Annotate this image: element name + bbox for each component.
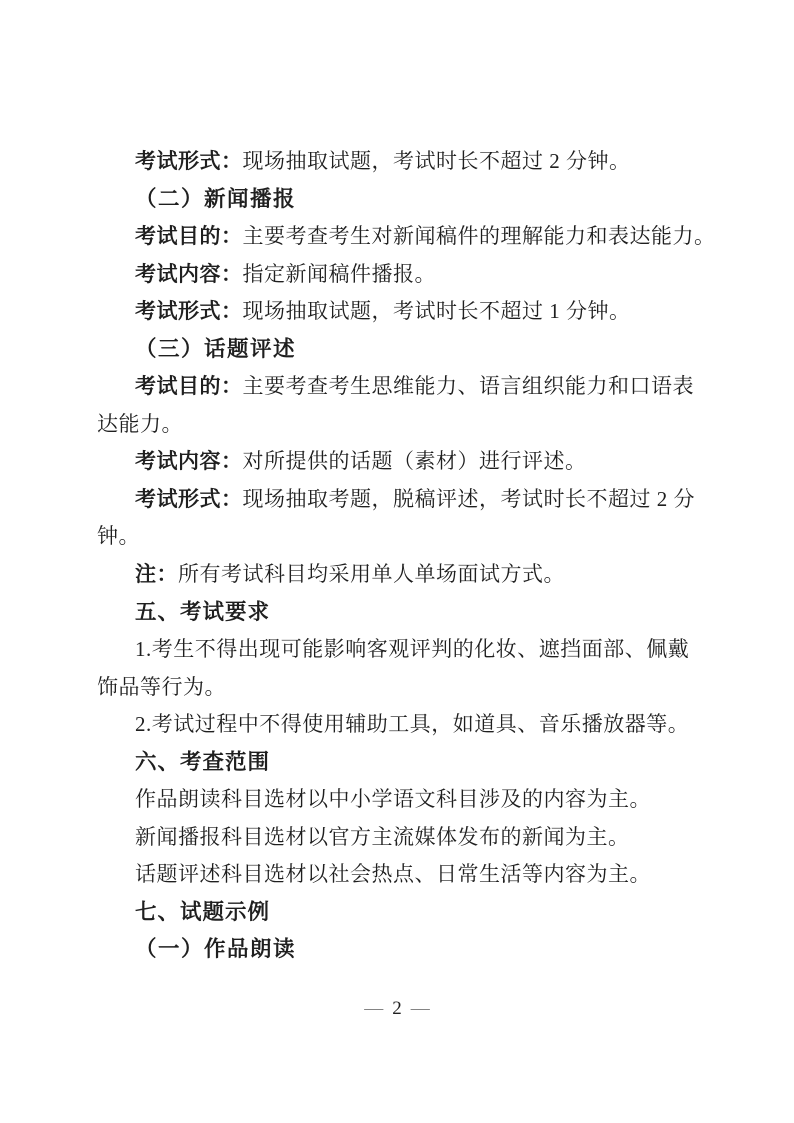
line-text: 作品朗读科目选材以中小学语文科目涉及的内容为主。 <box>135 787 651 811</box>
line-text: （一）作品朗读 <box>135 937 296 961</box>
document-line: 考试形式：现场抽取考题，脱稿评述，考试时长不超过 2 分 <box>97 481 712 519</box>
page-footer: —2— <box>0 994 794 1024</box>
document-line: 作品朗读科目选材以中小学语文科目涉及的内容为主。 <box>97 781 712 819</box>
line-text: 2.考试过程中不得使用辅助工具，如道具、音乐播放器等。 <box>135 712 689 736</box>
document-line: 考试内容：对所提供的话题（素材）进行评述。 <box>97 443 712 481</box>
line-text: 七、试题示例 <box>135 900 270 925</box>
document-line: 考试内容：指定新闻稿件播报。 <box>97 256 712 294</box>
document-page: 考试形式：现场抽取试题，考试时长不超过 2 分钟。（二）新闻播报考试目的：主要考… <box>0 0 794 1123</box>
line-text: （二）新闻播报 <box>135 187 296 211</box>
document-body: 考试形式：现场抽取试题，考试时长不超过 2 分钟。（二）新闻播报考试目的：主要考… <box>97 143 712 969</box>
document-line: 考试形式：现场抽取试题，考试时长不超过 1 分钟。 <box>97 293 712 331</box>
line-text: 所有考试科目均采用单人单场面试方式。 <box>178 562 565 586</box>
line-label: 考试形式： <box>135 149 243 173</box>
document-line: （一）作品朗读 <box>97 931 712 969</box>
line-label: 考试目的： <box>135 224 243 248</box>
document-line: 饰品等行为。 <box>97 669 712 707</box>
document-line: 新闻播报科目选材以官方主流媒体发布的新闻为主。 <box>97 819 712 857</box>
line-text: 主要考查考生思维能力、语言组织能力和口语表 <box>243 374 695 398</box>
document-line: （二）新闻播报 <box>97 181 712 219</box>
document-line: 六、考查范围 <box>97 744 712 782</box>
document-line: 七、试题示例 <box>97 894 712 932</box>
document-line: 2.考试过程中不得使用辅助工具，如道具、音乐播放器等。 <box>97 706 712 744</box>
line-text: （三）话题评述 <box>135 337 296 361</box>
document-line: 考试形式：现场抽取试题，考试时长不超过 2 分钟。 <box>97 143 712 181</box>
line-label: 考试形式： <box>135 299 243 323</box>
line-text: 1.考生不得出现可能影响客观评判的化妆、遮挡面部、佩戴 <box>135 637 689 661</box>
line-text: 现场抽取考题，脱稿评述，考试时长不超过 2 分 <box>243 487 696 511</box>
line-label: 考试内容： <box>135 262 243 286</box>
line-label: 注： <box>135 562 178 586</box>
line-label: 考试目的： <box>135 374 243 398</box>
line-text: 六、考查范围 <box>135 750 270 775</box>
line-text: 新闻播报科目选材以官方主流媒体发布的新闻为主。 <box>135 825 630 849</box>
line-label: 考试内容： <box>135 449 243 473</box>
document-line: 1.考生不得出现可能影响客观评判的化妆、遮挡面部、佩戴 <box>97 631 712 669</box>
line-text: 指定新闻稿件播报。 <box>243 262 437 286</box>
document-line: 话题评述科目选材以社会热点、日常生活等内容为主。 <box>97 856 712 894</box>
line-text: 现场抽取试题，考试时长不超过 1 分钟。 <box>243 299 631 323</box>
document-line: 考试目的：主要考查考生思维能力、语言组织能力和口语表 <box>97 368 712 406</box>
line-text: 话题评述科目选材以社会热点、日常生活等内容为主。 <box>135 862 651 886</box>
line-text: 达能力。 <box>97 412 183 436</box>
document-line: 钟。 <box>97 518 712 556</box>
line-text: 主要考查考生对新闻稿件的理解能力和表达能力。 <box>243 224 716 248</box>
document-line: 五、考试要求 <box>97 594 712 632</box>
line-text: 现场抽取试题，考试时长不超过 2 分钟。 <box>243 149 631 173</box>
line-text: 钟。 <box>97 524 140 548</box>
document-line: 达能力。 <box>97 406 712 444</box>
line-text: 饰品等行为。 <box>97 675 226 699</box>
document-line: 注：所有考试科目均采用单人单场面试方式。 <box>97 556 712 594</box>
footer-dash-left: — <box>355 998 392 1019</box>
document-line: （三）话题评述 <box>97 331 712 369</box>
line-text: 对所提供的话题（素材）进行评述。 <box>243 449 587 473</box>
document-line: 考试目的：主要考查考生对新闻稿件的理解能力和表达能力。 <box>97 218 712 256</box>
line-label: 考试形式： <box>135 487 243 511</box>
line-text: 五、考试要求 <box>135 600 270 625</box>
footer-dash-right: — <box>402 998 439 1019</box>
page-number: 2 <box>392 998 402 1019</box>
